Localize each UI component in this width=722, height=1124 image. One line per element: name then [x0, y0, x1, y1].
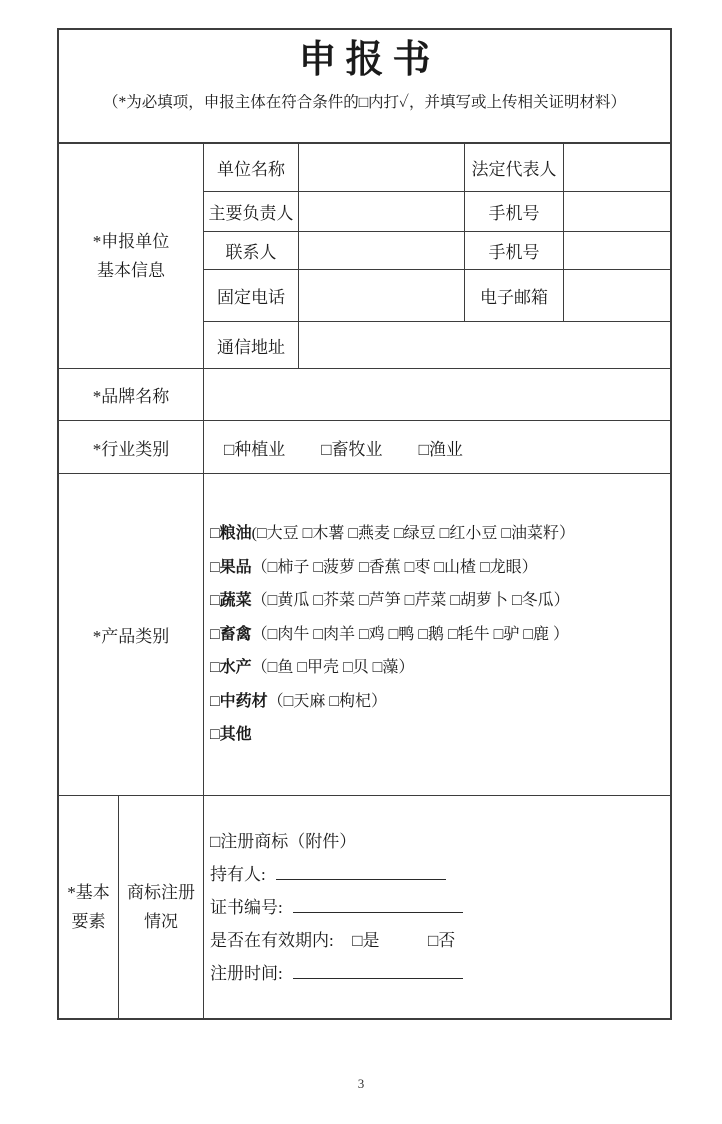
input-email[interactable] [564, 270, 670, 321]
checkbox-line-herbal[interactable]: □中药材（□天麻 □枸杞） [210, 685, 670, 719]
form-instructions: （*为必填项，申报主体在符合条件的□内打✓，并填写或上传相关证明材料） [103, 90, 626, 112]
checkbox-line-livestock[interactable]: □畜禽（□肉牛 □肉羊 □鸡 □鸭 □鹅 □牦牛 □驴 □鹿 ） [210, 618, 670, 652]
document-page: 申报书 （*为必填项，申报主体在符合条件的□内打✓，并填写或上传相关证明材料） … [0, 0, 722, 1124]
input-legal-representative[interactable] [564, 144, 670, 191]
label-validity: 是否在有效期内: [210, 931, 334, 950]
section-label-line1: *申报单位 [93, 227, 170, 256]
trademark-details: □注册商标（附件） 持有人: 证书编号: 是否在有效期内: □是 □否 注册时间… [204, 796, 670, 1018]
input-reg-time[interactable] [293, 964, 463, 979]
label-trademark-line2: 情况 [127, 907, 195, 936]
label-trademark-line1: 商标注册 [127, 878, 195, 907]
label-email: 电子邮箱 [465, 270, 564, 321]
input-brand-name[interactable] [204, 369, 670, 420]
section-basic-info: *申报单位 基本信息 单位名称 法定代表人 主要负责人 手机号 [59, 143, 670, 368]
category-name: □其他 [210, 726, 252, 743]
category-items: （□肉牛 □肉羊 □鸡 □鸭 □鹅 □牦牛 □驴 □鹿 ） [252, 626, 569, 643]
declaration-form: 申报书 （*为必填项，申报主体在符合条件的□内打✓，并填写或上传相关证明材料） … [57, 28, 672, 1020]
label-unit-name: 单位名称 [204, 144, 299, 191]
checkbox-validity-no[interactable]: □否 [428, 931, 455, 950]
checkbox-line-vegetable[interactable]: □蔬菜（□黄瓜 □芥菜 □芦笋 □芹菜 □胡萝卜 □冬瓜） [210, 584, 670, 618]
category-name: □果品 [210, 559, 252, 576]
label-mailing-address: 通信地址 [204, 322, 299, 368]
table-row: 固定电话 电子邮箱 [204, 269, 670, 321]
label-reg-time: 注册时间: [210, 964, 283, 983]
label-cert-number: 证书编号: [210, 898, 283, 917]
input-mailing-address[interactable] [299, 322, 670, 368]
field-reg-time: 注册时间: [210, 957, 670, 990]
checkbox-line-other[interactable]: □其他 [210, 718, 670, 752]
checkbox-planting[interactable]: □种植业 [224, 435, 285, 460]
label-legal-representative: 法定代表人 [465, 144, 564, 191]
checkbox-husbandry[interactable]: □畜牧业 [321, 435, 382, 460]
checkbox-registered-trademark[interactable]: □注册商标（附件） [210, 825, 670, 858]
label-contact: 联系人 [204, 232, 299, 269]
category-name: □畜禽 [210, 626, 252, 643]
category-items: （□柿子 □菠萝 □香蕉 □枣 □山楂 □龙眼） [252, 559, 538, 576]
field-cert-number: 证书编号: [210, 891, 670, 924]
label-principal: 主要负责人 [204, 192, 299, 231]
category-items: （□天麻 □枸杞） [268, 693, 387, 710]
category-items: （□黄瓜 □芥菜 □芦笋 □芹菜 □胡萝卜 □冬瓜） [252, 592, 570, 609]
section-label-basic-info: *申报单位 基本信息 [59, 144, 204, 368]
category-name: □水产 [210, 659, 252, 676]
checkbox-line-fruit[interactable]: □果品（□柿子 □菠萝 □香蕉 □枣 □山楂 □龙眼） [210, 551, 670, 585]
basic-info-rows: 单位名称 法定代表人 主要负责人 手机号 联系人 手机号 [204, 144, 670, 368]
section-basic-elements: *基本 要素 商标注册 情况 □注册商标（附件） 持有人: 证书编号: [59, 795, 670, 1018]
checkbox-line-aquatic[interactable]: □水产（□鱼 □甲壳 □贝 □藻） [210, 651, 670, 685]
input-cert-number[interactable] [293, 898, 463, 913]
label-basic-elements-line1: *基本 [67, 878, 110, 907]
label-basic-elements: *基本 要素 [59, 796, 119, 1018]
input-landline[interactable] [299, 270, 465, 321]
label-product-category: *产品类别 [59, 474, 204, 795]
input-contact-mobile[interactable] [564, 232, 670, 269]
label-industry-category: *行业类别 [59, 421, 204, 473]
form-header: 申报书 （*为必填项，申报主体在符合条件的□内打✓，并填写或上传相关证明材料） [59, 30, 670, 143]
section-brand-name: *品牌名称 [59, 368, 670, 420]
product-category-options: □粮油(□大豆 □木薯 □燕麦 □绿豆 □红小豆 □油菜籽） □果品（□柿子 □… [204, 474, 670, 795]
label-holder: 持有人: [210, 865, 266, 884]
field-validity: 是否在有效期内: □是 □否 [210, 924, 670, 957]
label-landline: 固定电话 [204, 270, 299, 321]
table-row: 主要负责人 手机号 [204, 191, 670, 231]
section-label-line2: 基本信息 [93, 256, 170, 285]
input-unit-name[interactable] [299, 144, 465, 191]
category-name: □粮油 [210, 525, 252, 542]
category-items: （□鱼 □甲壳 □贝 □藻） [252, 659, 415, 676]
checkbox-line-grain-oil[interactable]: □粮油(□大豆 □木薯 □燕麦 □绿豆 □红小豆 □油菜籽） [210, 517, 670, 551]
category-name: □蔬菜 [210, 592, 252, 609]
label-basic-elements-line2: 要素 [67, 907, 110, 936]
input-holder[interactable] [276, 865, 446, 880]
input-contact[interactable] [299, 232, 465, 269]
label-brand-name: *品牌名称 [59, 369, 204, 420]
input-principal-mobile[interactable] [564, 192, 670, 231]
checkbox-fishery[interactable]: □渔业 [419, 435, 463, 460]
label-contact-mobile: 手机号 [465, 232, 564, 269]
section-product-category: *产品类别 □粮油(□大豆 □木薯 □燕麦 □绿豆 □红小豆 □油菜籽） □果品… [59, 473, 670, 795]
page-number: 3 [0, 1076, 722, 1092]
table-row: 通信地址 [204, 321, 670, 368]
section-industry-category: *行业类别 □种植业 □畜牧业 □渔业 [59, 420, 670, 473]
category-name: □中药材 [210, 693, 268, 710]
category-items: (□大豆 □木薯 □燕麦 □绿豆 □红小豆 □油菜籽） [252, 525, 575, 542]
form-title: 申报书 [289, 36, 439, 84]
checkbox-validity-yes[interactable]: □是 [352, 931, 379, 950]
input-principal[interactable] [299, 192, 465, 231]
field-holder: 持有人: [210, 858, 670, 891]
table-row: 联系人 手机号 [204, 231, 670, 269]
table-row: 单位名称 法定代表人 [204, 144, 670, 191]
label-trademark-registration: 商标注册 情况 [119, 796, 204, 1018]
label-principal-mobile: 手机号 [465, 192, 564, 231]
industry-options: □种植业 □畜牧业 □渔业 [204, 421, 670, 473]
